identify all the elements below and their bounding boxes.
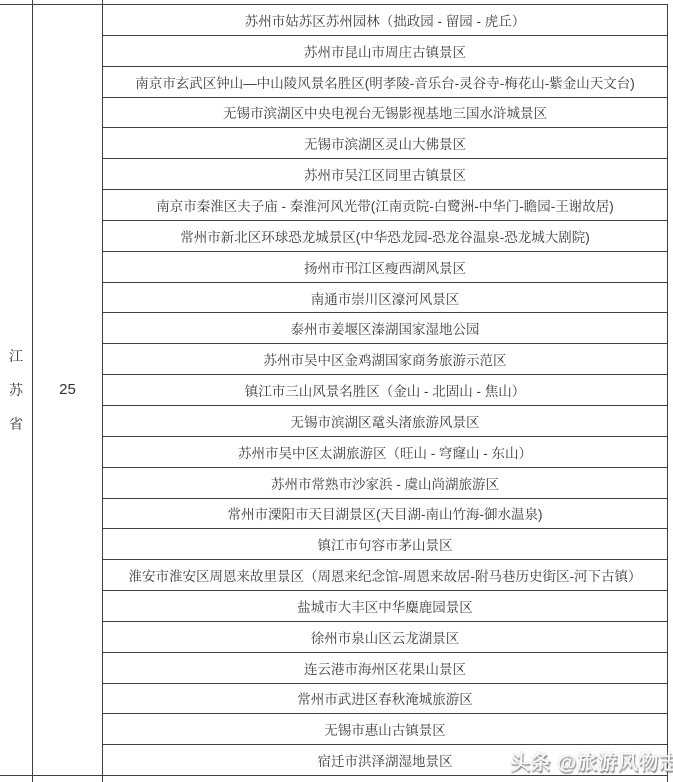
attraction-row: 无锡市滨湖区中央电视台无锡影视基地三国水浒城景区	[103, 98, 667, 129]
attraction-row: 南京市秦淮区夫子庙 - 秦淮河风光带(江南贡院-白鹭洲-中华门-瞻园-王谢故居)	[103, 190, 667, 221]
attraction-row: 扬州市邗江区瘦西湖风景区	[103, 252, 667, 283]
attraction-list: 苏州市姑苏区苏州园林（拙政园 - 留园 - 虎丘） 苏州市昆山市周庄古镇景区 南…	[103, 5, 667, 775]
attraction-row: 苏州市常熟市沙家浜 - 虞山尚湖旅游区	[103, 468, 667, 499]
attraction-count-cell: 25	[33, 4, 102, 775]
attraction-row: 盐城市大丰区中华麋鹿园景区	[103, 591, 667, 622]
attraction-row: 苏州市吴中区太湖旅游区（旺山 - 穹窿山 - 东山）	[103, 437, 667, 468]
attraction-row: 镇江市句容市茅山景区	[103, 529, 667, 560]
attraction-row: 无锡市惠山古镇景区	[103, 714, 667, 745]
province-char: 苏	[9, 380, 23, 400]
attraction-row: 连云港市海州区花果山景区	[103, 653, 667, 684]
province-char: 省	[9, 414, 23, 434]
province-char: 江	[9, 346, 23, 366]
attractions-table-page: 江 苏 省 25 苏州市姑苏区苏州园林（拙政园 - 留园 - 虎丘） 苏州市昆山…	[0, 0, 673, 782]
toutiao-watermark: 头条 @旅游风物志	[510, 746, 673, 775]
province-cell: 江 苏 省	[0, 4, 32, 775]
attraction-row: 无锡市滨湖区鼋头渚旅游风景区	[103, 406, 667, 437]
attraction-row: 苏州市昆山市周庄古镇景区	[103, 36, 667, 67]
attraction-row: 无锡市滨湖区灵山大佛景区	[103, 128, 667, 159]
table-border-bottom	[0, 775, 668, 776]
attraction-row: 常州市溧阳市天目湖景区(天目湖-南山竹海-御水温泉)	[103, 499, 667, 530]
attraction-row: 淮安市淮安区周恩来故里景区（周恩来纪念馆-周恩来故居-附马巷历史街区-河下古镇）	[103, 560, 667, 591]
attraction-row: 常州市新北区环球恐龙城景区(中华恐龙园-恐龙谷温泉-恐龙城大剧院)	[103, 221, 667, 252]
attraction-row: 苏州市吴江区同里古镇景区	[103, 159, 667, 190]
attraction-count: 25	[59, 381, 76, 398]
attraction-row: 泰州市姜堰区溱湖国家湿地公园	[103, 313, 667, 344]
attraction-row: 苏州市姑苏区苏州园林（拙政园 - 留园 - 虎丘）	[103, 5, 667, 36]
attraction-row: 常州市武进区春秋淹城旅游区	[103, 684, 667, 715]
attraction-row: 镇江市三山风景名胜区（金山 - 北固山 - 焦山）	[103, 375, 667, 406]
attraction-row: 南通市崇川区濠河风景区	[103, 283, 667, 314]
attraction-row: 徐州市泉山区云龙湖景区	[103, 622, 667, 653]
attraction-row: 南京市玄武区钟山—中山陵风景名胜区(明孝陵-音乐台-灵谷寺-梅花山-紫金山天文台…	[103, 67, 667, 98]
attraction-row: 苏州市吴中区金鸡湖国家商务旅游示范区	[103, 344, 667, 375]
table-border-vertical	[667, 4, 668, 782]
